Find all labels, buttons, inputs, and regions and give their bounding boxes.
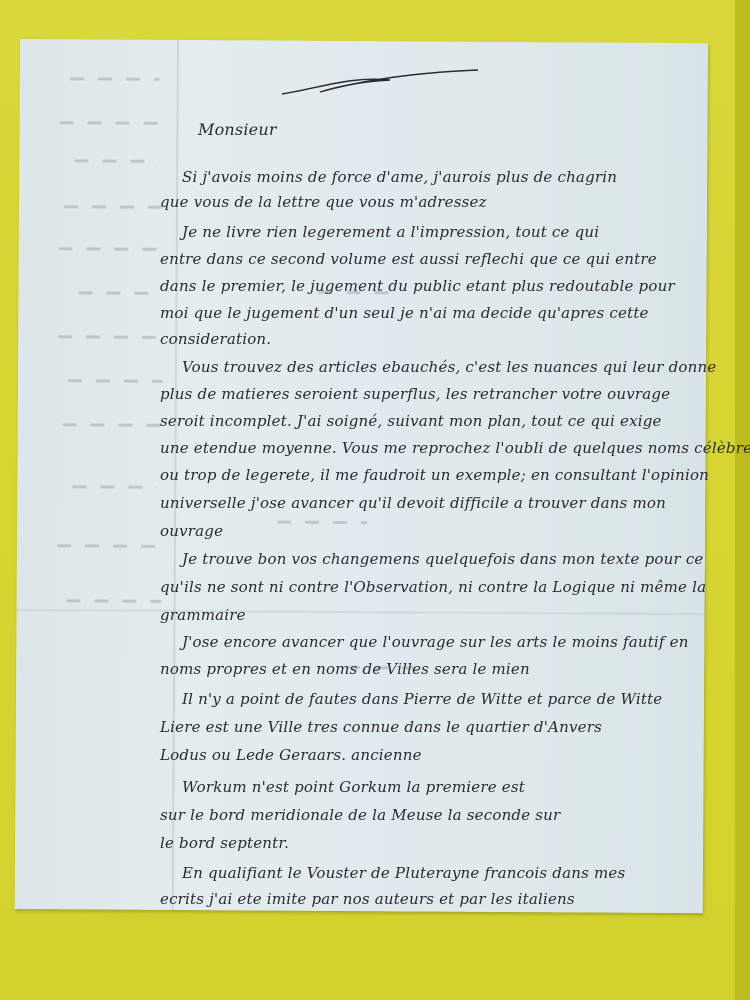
paper-fold-horizontal (17, 609, 705, 615)
bleed-through-ink (64, 205, 164, 209)
letter-line: ou trop de legerete, il me faudroit un e… (160, 468, 709, 483)
letter-line: Si j'avois moins de force d'ame, j'auroi… (182, 170, 617, 185)
backdrop-edge-shadow (735, 0, 750, 1000)
letter-line: J'ose encore avancer que l'ouvrage sur l… (182, 635, 689, 650)
bleed-through-ink (58, 335, 163, 339)
letter-line: Workum n'est point Gorkum la premiere es… (182, 780, 525, 795)
letter-line: qu'ils ne sont ni contre l'Observation, … (160, 580, 706, 595)
letter-line: Vous trouvez des articles ebauchés, c'es… (182, 360, 716, 375)
letter-line: consideration. (160, 332, 271, 347)
letter-line: En qualifiant le Vouster de Pluterayne f… (182, 866, 625, 881)
letter-line: seroit incomplet. J'ai soigné, suivant m… (160, 414, 662, 429)
letter-line: plus de matieres seroient superflus, les… (160, 387, 670, 402)
letter-line: dans le premier, le jugement du public e… (160, 279, 675, 294)
letter-line: grammaire (160, 608, 246, 623)
bleed-through-ink (72, 485, 157, 489)
bleed-through-ink (74, 159, 159, 163)
letter-line: le bord septentr. (160, 836, 289, 851)
letter-line: que vous de la lettre que vous m'adresse… (160, 195, 487, 210)
bleed-through-ink (78, 291, 158, 294)
bleed-through-ink (277, 521, 367, 525)
letter-line: Il n'y a point de fautes dans Pierre de … (182, 692, 662, 707)
letter-line: Je trouve bon vos changemens quelquefois… (182, 552, 704, 567)
salutation: Monsieur (198, 122, 277, 138)
letter-line: Je ne livre rien legerement a l'impressi… (182, 225, 599, 240)
bleed-through-ink (67, 599, 162, 603)
letter-line: une etendue moyenne. Vous me reprochez l… (160, 441, 750, 456)
letter-line: noms propres et en noms de Villes sera l… (160, 662, 530, 677)
bleed-through-ink (63, 423, 163, 427)
letter-line: entre dans ce second volume est aussi re… (160, 252, 657, 267)
bleed-through-ink (68, 379, 163, 383)
bleed-through-ink (70, 77, 160, 81)
letter-line: ouvrage (160, 524, 223, 539)
letter-line: universelle j'ose avancer qu'il devoit d… (160, 496, 666, 511)
letter-line: moi que le jugement d'un seul je n'ai ma… (160, 306, 649, 321)
letter-line: Lodus ou Lede Geraars. ancienne (160, 748, 422, 763)
letter-line: sur le bord meridionale de la Meuse la s… (160, 808, 560, 823)
salutation-flourish (280, 68, 480, 98)
bleed-through-ink (57, 544, 167, 548)
bleed-through-ink (59, 247, 169, 251)
letter-line: ecrits j'ai ete imite par nos auteurs et… (160, 892, 575, 907)
letter-line: Liere est une Ville tres connue dans le … (160, 720, 602, 735)
bleed-through-ink (59, 121, 169, 125)
